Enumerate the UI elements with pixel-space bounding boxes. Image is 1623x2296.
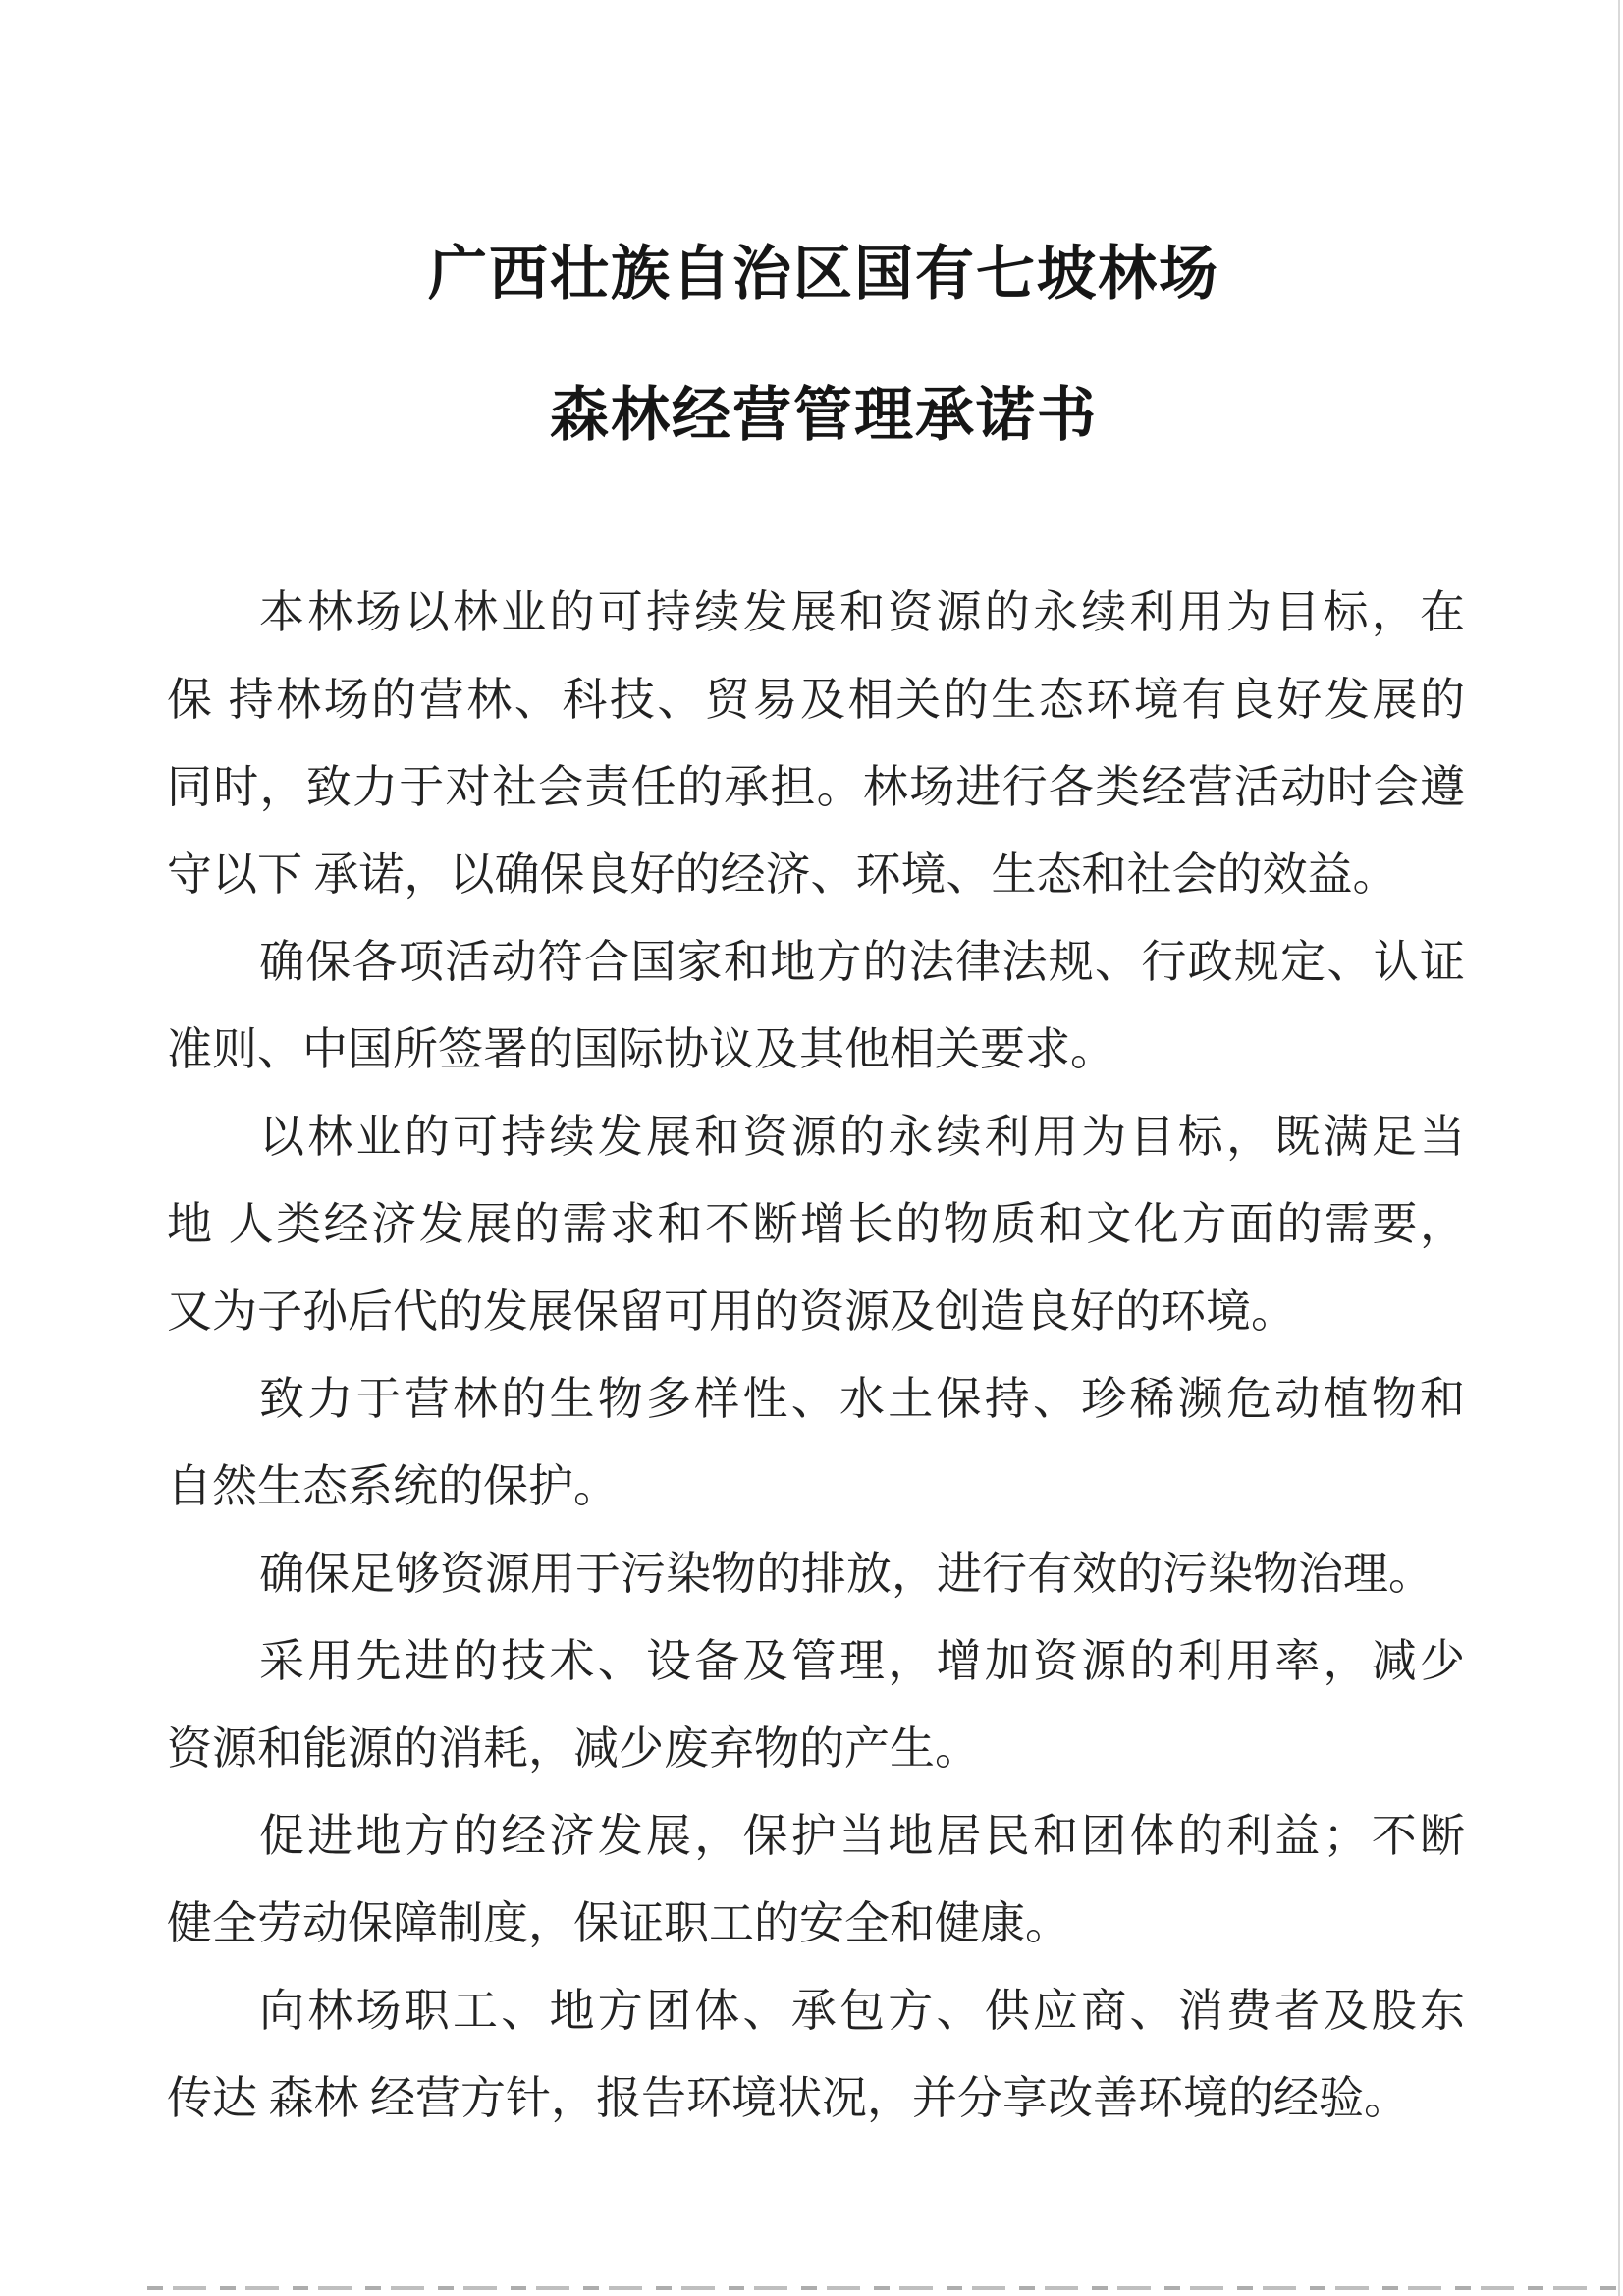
body-line: 本林场以林业的可持续发展和资源的永续利用为目标，在 [167, 569, 1465, 656]
body-line: 确保各项活动符合国家和地方的法律法规、行政规定、认证 [167, 918, 1465, 1006]
body-line: 采用先进的技术、设备及管理，增加资源的利用率，减少 [167, 1617, 1465, 1705]
document-body: 本林场以林业的可持续发展和资源的永续利用为目标，在 保 持林场的营林、科技、贸易… [167, 569, 1465, 2142]
body-line: 传达 森林 经营方针，报告环境状况，并分享改善环境的经验。 [167, 2054, 1465, 2142]
body-line: 以林业的可持续发展和资源的永续利用为目标，既满足当 [167, 1093, 1465, 1180]
body-line: 准则、中国所签署的国际协议及其他相关要求。 [167, 1006, 1465, 1093]
body-line: 自然生态系统的保护。 [167, 1443, 1465, 1530]
body-line: 守以下 承诺，以确保良好的经济、环境、生态和社会的效益。 [167, 831, 1465, 918]
scan-edge-artifact-bottom [147, 2286, 1623, 2290]
body-line: 地 人类经济发展的需求和不断增长的物质和文化方面的需要， [167, 1180, 1465, 1268]
body-line: 向林场职工、地方团体、承包方、供应商、消费者及股东 [167, 1967, 1465, 2054]
body-line: 促进地方的经济发展，保护当地居民和团体的利益；不断 [167, 1792, 1465, 1880]
body-line: 确保足够资源用于污染物的排放，进行有效的污染物治理。 [167, 1530, 1465, 1617]
scanned-document-page: 广西壮族自治区国有七坡林场 森林经营管理承诺书 本林场以林业的可持续发展和资源的… [0, 0, 1623, 2296]
body-line: 资源和能源的消耗，减少废弃物的产生。 [167, 1705, 1465, 1792]
body-line: 保 持林场的营林、科技、贸易及相关的生态环境有良好发展的 [167, 656, 1465, 743]
scan-edge-artifact-right [1618, 0, 1620, 2296]
body-line: 又为子孙后代的发展保留可用的资源及创造良好的环境。 [167, 1268, 1465, 1355]
body-line: 同时，致力于对社会责任的承担。林场进行各类经营活动时会遵 [167, 743, 1465, 831]
body-line: 健全劳动保障制度，保证职工的安全和健康。 [167, 1880, 1465, 1967]
body-line: 致力于营林的生物多样性、水土保持、珍稀濒危动植物和 [167, 1355, 1465, 1443]
document-title-block: 广西壮族自治区国有七坡林场 森林经营管理承诺书 [175, 0, 1473, 451]
document-title-line-1: 广西壮族自治区国有七坡林场 [175, 239, 1473, 309]
document-title-line-2: 森林经营管理承诺书 [175, 380, 1473, 451]
